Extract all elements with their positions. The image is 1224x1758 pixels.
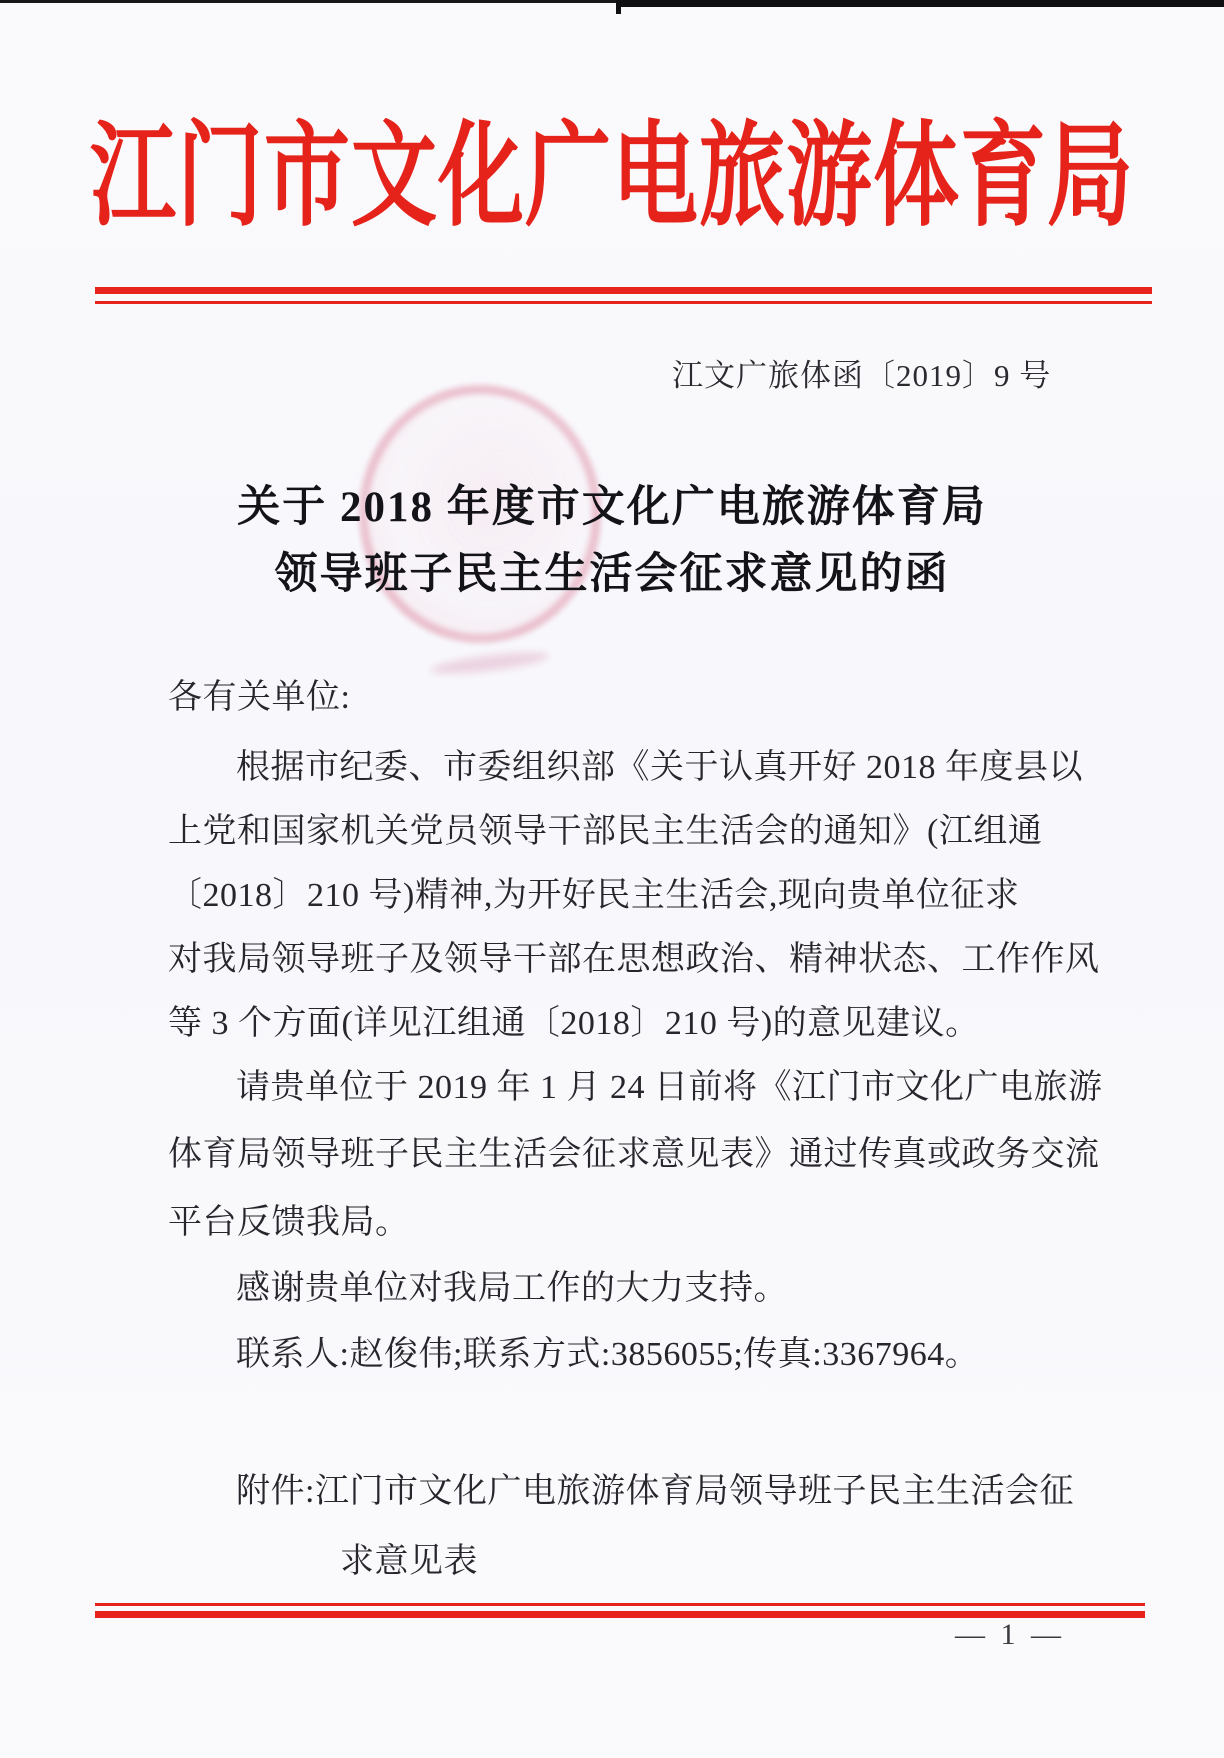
body-line: 平台反馈我局。: [168, 1203, 1088, 1243]
doc-number: 江文广旅体函〔2019〕9 号: [672, 350, 1051, 395]
masthead-rule-thin: [95, 301, 1152, 304]
document-title: 关于 2018 年度市文化广电旅游体育局 领导班子民主生活会征求意见的函: [0, 474, 1224, 608]
body-line: 请贵单位于 2019 年 1 月 24 日前将《江门市文化广电旅游: [168, 1068, 1088, 1108]
body-line: 根据市纪委、市委组织部《关于认真开好 2018 年度县以: [168, 748, 1088, 788]
footer-rule-thin: [95, 1603, 1145, 1606]
scan-artifact-bar-left: [0, 0, 622, 3]
attachment-line: 附件:江门市文化广电旅游体育局领导班子民主生活会征: [168, 1472, 1088, 1512]
footer-rule-thick: [95, 1611, 1145, 1618]
salutation: 各有关单位:: [168, 678, 1088, 718]
body-line: 等 3 个方面(详见江组通〔2018〕210 号)的意见建议。: [168, 1004, 1088, 1044]
document-title-line1: 关于 2018 年度市文化广电旅游体育局: [0, 474, 1224, 541]
body-line: 对我局领导班子及领导干部在思想政治、精神状态、工作作风: [168, 940, 1088, 980]
page-number: — 1 —: [940, 1618, 1080, 1652]
masthead-org-name: 江门市文化广电旅游体育局: [0, 120, 1224, 234]
masthead-rule-thick: [95, 287, 1152, 294]
body-line: 〔2018〕210 号)精神,为开好民主生活会,现向贵单位征求: [168, 876, 1088, 916]
scan-artifact-bar-right: [618, 0, 1224, 7]
document-page: 江门市文化广电旅游体育局 江文广旅体函〔2019〕9 号 关于 2018 年度市…: [0, 0, 1224, 1758]
document-title-line2: 领导班子民主生活会征求意见的函: [0, 541, 1224, 608]
scan-artifact-tick: [616, 0, 621, 14]
body-line: 上党和国家机关党员领导干部民主生活会的通知》(江组通: [168, 812, 1088, 852]
attachment-line2: 求意见表: [340, 1542, 1224, 1582]
contact-line: 联系人:赵俊伟;联系方式:3856055;传真:3367964。: [168, 1335, 1088, 1375]
official-seal-stamp-smudge: [429, 648, 550, 679]
body-line: 感谢贵单位对我局工作的大力支持。: [168, 1269, 1088, 1309]
body-line: 体育局领导班子民主生活会征求意见表》通过传真或政务交流: [168, 1135, 1088, 1175]
